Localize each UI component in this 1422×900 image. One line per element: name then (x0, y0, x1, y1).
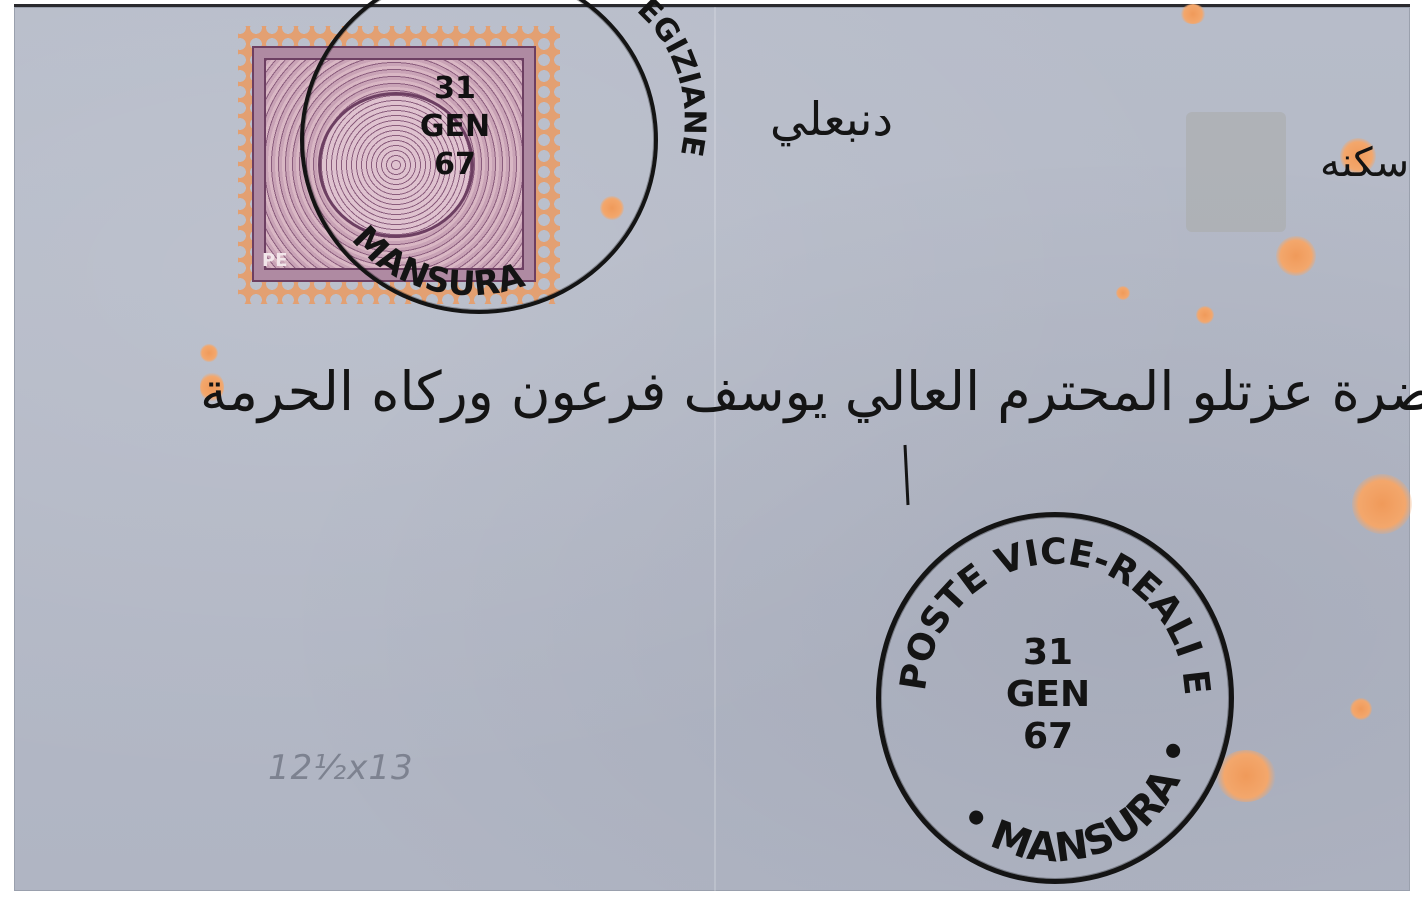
postmark-top-year: 67 (380, 146, 530, 184)
address-side-note: سكنه (1320, 140, 1409, 186)
address-line: جناب حضرة عزتلو المحترم العالي يوسف فرعو… (200, 360, 1422, 423)
postmark-top-date: 31 GEN 67 (380, 70, 530, 184)
paper-fold (714, 7, 716, 891)
stamp-corner-label: PE (262, 250, 288, 271)
postmark-bottom-day: 31 (998, 632, 1098, 674)
postmark-top-month: GEN (380, 108, 530, 146)
address-title: دنبعلي (770, 92, 893, 146)
postmark-top-day: 31 (380, 70, 530, 108)
stain (1196, 306, 1214, 324)
postmark-bottom-month: GEN (998, 674, 1098, 716)
stain (1216, 750, 1276, 802)
stain (1350, 698, 1372, 720)
stain (1116, 286, 1130, 300)
stain (1276, 236, 1316, 276)
stain (1180, 4, 1206, 24)
stain (1352, 474, 1412, 534)
postmark-bottom-date: 31 GEN 67 (998, 632, 1098, 758)
hinge-remnant (1186, 112, 1286, 232)
postmark-bottom-year: 67 (998, 716, 1098, 758)
pencil-perforation-note: 12½x13 (268, 748, 414, 788)
